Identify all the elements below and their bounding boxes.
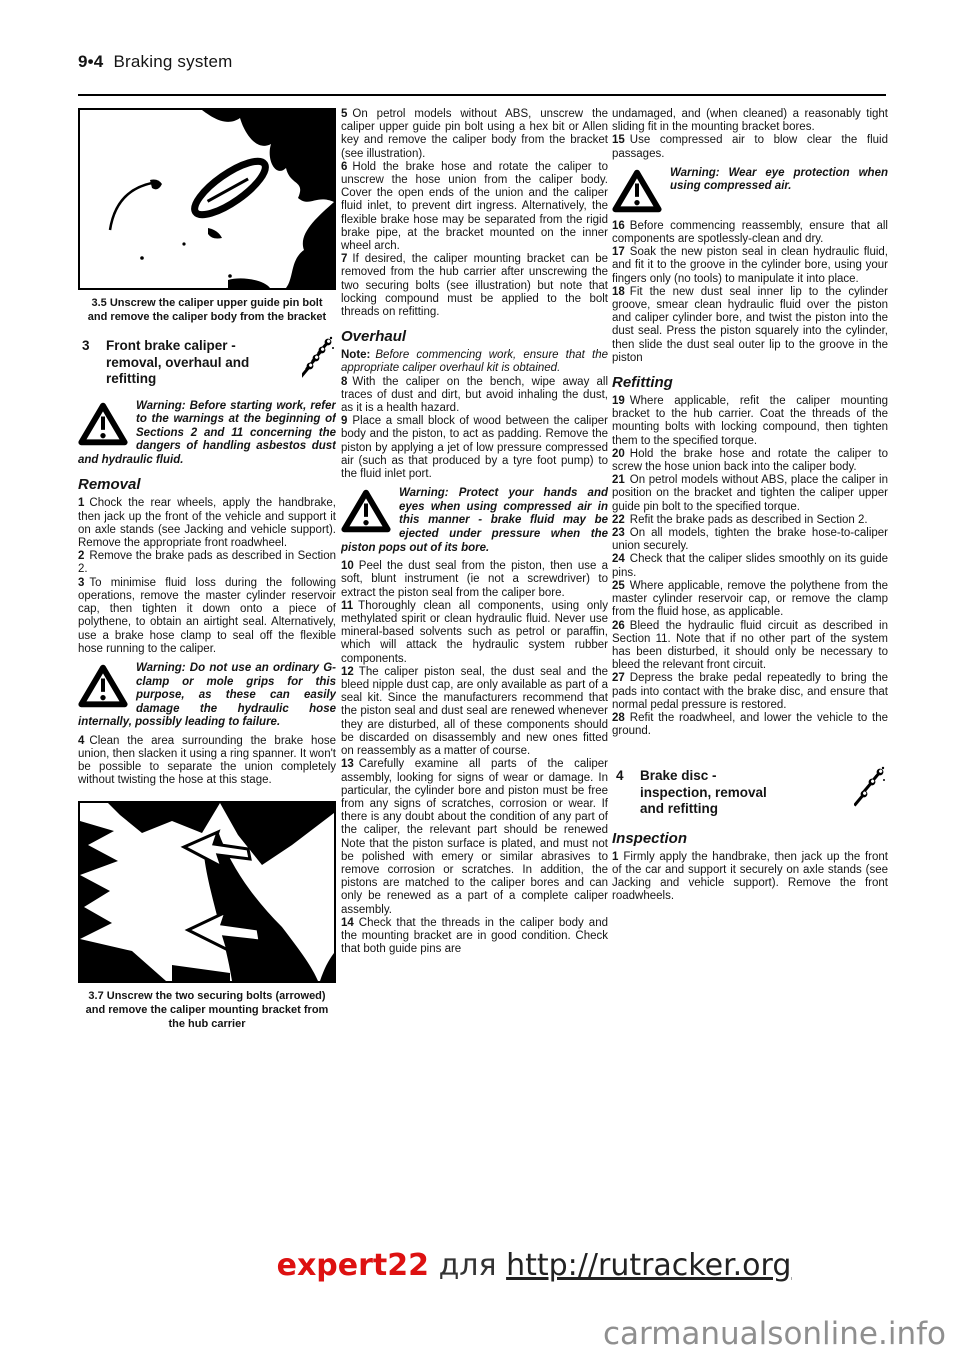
section-heading-4: 4 Brake disc -inspection, removaland ref… xyxy=(612,768,888,818)
paragraph-16: 16Before commencing reassembly, ensure t… xyxy=(612,220,888,246)
paragraph-14-continued: undamaged, and (when cleaned) a reasonab… xyxy=(612,108,888,134)
paragraph-9: 9Place a small block of wood between the… xyxy=(341,415,608,481)
paragraph-18: 18Fit the new dust seal inner lip to the… xyxy=(612,286,888,365)
section-title: Brake disc -inspection, removaland refit… xyxy=(640,768,850,818)
warning-box-compressed-air: Warning: Protect your hands and eyes whe… xyxy=(341,487,608,555)
paragraph-5: 5On petrol models without ABS, unscrew t… xyxy=(341,108,608,161)
watermark-expert22: expert22 xyxy=(277,1248,429,1283)
paragraph-28: 28Refit the roadwheel, and lower the veh… xyxy=(612,712,888,738)
column-middle: 5On petrol models without ABS, unscrew t… xyxy=(341,108,608,956)
header-rule xyxy=(78,94,886,96)
paragraph-21: 21On petrol models without ABS, place th… xyxy=(612,474,888,514)
paragraph-3: 3To minimise fluid loss during the follo… xyxy=(78,577,336,656)
note-paragraph: Note:Before commencing work, ensure that… xyxy=(341,349,608,375)
warning-text: Warning: Wear eye protection when using … xyxy=(670,167,888,193)
paragraph-19: 19Where applicable, refit the caliper mo… xyxy=(612,395,888,448)
paragraph-22: 22Refit the brake pads as described in S… xyxy=(612,514,888,527)
paragraph-2: 2Remove the brake pads as described in S… xyxy=(78,550,336,576)
section-title: Front brake caliper -removal, overhaul a… xyxy=(106,338,298,388)
inspection-heading: Inspection xyxy=(612,830,888,847)
paragraph-26: 26Bleed the hydraulic fluid circuit as d… xyxy=(612,620,888,673)
paragraph-8: 8With the caliper on the bench, wipe awa… xyxy=(341,376,608,416)
paragraph-10: 10Peel the dust seal from the piston, th… xyxy=(341,560,608,600)
overhaul-heading: Overhaul xyxy=(341,328,608,345)
paragraph-7: 7If desired, the caliper mounting bracke… xyxy=(341,253,608,319)
watermark-dlya: для xyxy=(439,1248,497,1283)
spanner-icon xyxy=(302,336,336,382)
warning-triangle-icon xyxy=(612,169,662,213)
site-watermark: carmanualsonline.info xyxy=(603,1316,946,1352)
paragraph-25: 25Where applicable, remove the polythene… xyxy=(612,580,888,620)
warning-box-gclamp: Warning: Do not use an ordinary G-clamp … xyxy=(78,662,336,730)
photo-caption-3-7: 3.7 Unscrew the two securing bolts (arro… xyxy=(82,989,332,1031)
section-number: 3 xyxy=(78,338,106,353)
paragraph-6: 6Hold the brake hose and rotate the cali… xyxy=(341,161,608,253)
paragraph-13: 13Carefully examine all parts of the cal… xyxy=(341,758,608,916)
watermark-line: expert22 для http://rutracker.org xyxy=(178,1248,890,1283)
paragraph-20: 20Hold the brake hose and rotate the cal… xyxy=(612,448,888,474)
warning-triangle-icon xyxy=(78,402,128,446)
paragraph-23: 23On all models, tighten the brake hose-… xyxy=(612,527,888,553)
photo-3-5-image xyxy=(80,110,334,288)
warning-box-eye-protection: Warning: Wear eye protection when using … xyxy=(612,167,888,215)
warning-triangle-icon xyxy=(341,489,391,533)
photo-3-5 xyxy=(78,108,336,290)
rutracker-link[interactable]: http://rutracker.org xyxy=(506,1248,791,1283)
paragraph-1: 1Chock the rear wheels, apply the handbr… xyxy=(78,497,336,550)
section-heading-3: 3 Front brake caliper -removal, overhaul… xyxy=(78,338,336,388)
warning-box-asbestos: Warning: Before starting work, refer to … xyxy=(78,400,336,468)
spanner-icon xyxy=(854,766,888,812)
paragraph-24: 24Check that the caliper slides smoothly… xyxy=(612,553,888,579)
paragraph-17: 17Soak the new piston seal in clean hydr… xyxy=(612,246,888,286)
page-number: 9•4 xyxy=(78,52,103,71)
photo-3-7 xyxy=(78,801,336,983)
paragraph-11: 11Thoroughly clean all components, using… xyxy=(341,600,608,666)
paragraph-4: 4Clean the area surrounding the brake ho… xyxy=(78,735,336,788)
warning-triangle-icon xyxy=(78,664,128,708)
page-title: Braking system xyxy=(113,52,232,71)
section-number: 4 xyxy=(612,768,640,783)
paragraph-12: 12The caliper piston seal, the dust seal… xyxy=(341,666,608,758)
paragraph-27: 27Depress the brake pedal repeatedly to … xyxy=(612,672,888,712)
paragraph-15: 15Use compressed air to blow clear the f… xyxy=(612,134,888,160)
page-header: 9•4Braking system xyxy=(78,52,232,72)
column-left: 3.5 Unscrew the caliper upper guide pin … xyxy=(78,108,336,1031)
column-right: undamaged, and (when cleaned) a reasonab… xyxy=(612,108,888,904)
photo-caption-3-5: 3.5 Unscrew the caliper upper guide pin … xyxy=(82,296,332,324)
removal-heading: Removal xyxy=(78,476,336,493)
paragraph-inspection-1: 1Firmly apply the handbrake, then jack u… xyxy=(612,851,888,904)
refitting-heading: Refitting xyxy=(612,374,888,391)
photo-3-7-image xyxy=(80,803,334,981)
paragraph-14: 14Check that the threads in the caliper … xyxy=(341,917,608,957)
